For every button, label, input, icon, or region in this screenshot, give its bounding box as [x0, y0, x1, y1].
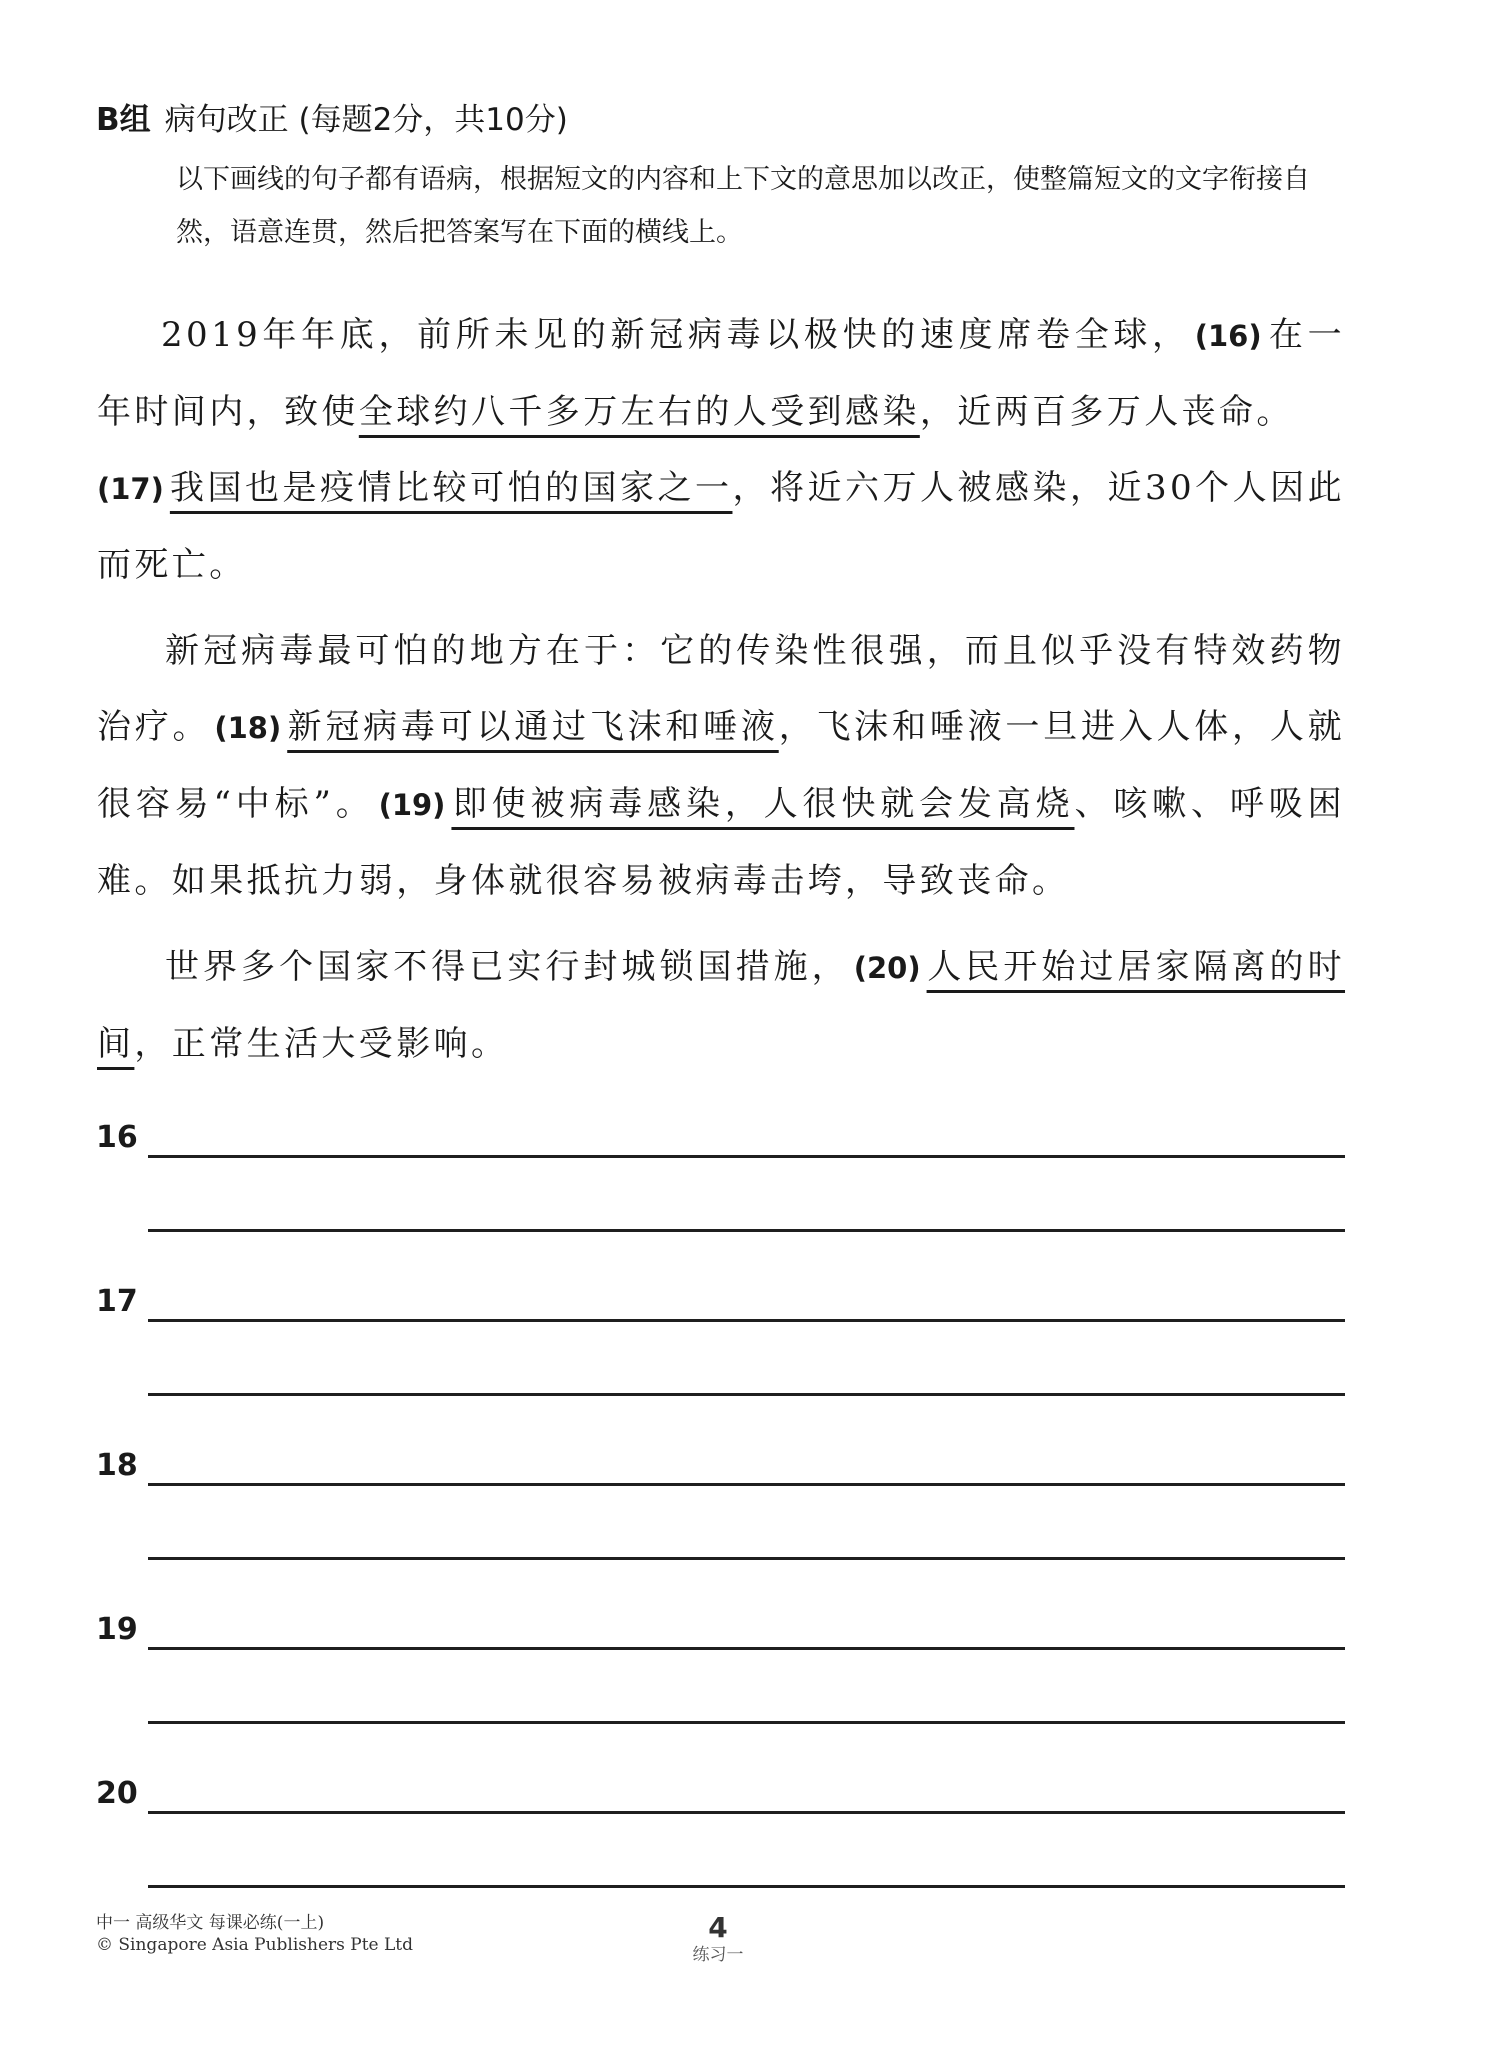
question-marker-20: (20) [854, 951, 921, 985]
passage-text: ，正常生活大受影响。 [134, 1024, 508, 1064]
section-title: 病句改正 (每题2分，共10分) [165, 102, 568, 138]
answer-line[interactable] [148, 1319, 1345, 1322]
footer-page: 4 练习一 [690, 1912, 746, 1966]
passage-text: 2019年年底，前所未见的新冠病毒以极快的速度席卷全球， [161, 315, 1191, 355]
answer-number: 18 [96, 1450, 138, 1482]
passage: 2019年年底，前所未见的新冠病毒以极快的速度席卷全球，(16)在一年时间内，致… [97, 297, 1345, 1092]
answer-number: 17 [96, 1286, 138, 1318]
question-marker-18: (18) [214, 711, 281, 745]
answer-line[interactable] [148, 1885, 1345, 1888]
underlined-sentence-17: 我国也是疫情比较可怕的国家之一 [170, 468, 733, 508]
answer-line[interactable] [148, 1721, 1345, 1724]
answer-line[interactable] [148, 1483, 1345, 1486]
paragraph-2: 新冠病毒最可怕的地方在于：它的传染性很强，而且似乎没有特效药物治疗。(18)新冠… [97, 613, 1345, 919]
section-group-label: B组 [96, 102, 151, 138]
answer-line[interactable] [148, 1393, 1345, 1396]
passage-text: ，近两百多万人丧命。 [920, 392, 1294, 432]
answer-line[interactable] [148, 1229, 1345, 1232]
underlined-sentence-18: 新冠病毒可以通过飞沫和唾液 [287, 707, 779, 747]
footer-book-info: 中一 高级华文 每课必练(一上) © Singapore Asia Publis… [96, 1912, 413, 1956]
underlined-sentence-16: 全球约八千多万左右的人受到感染 [359, 392, 920, 432]
passage-text: 世界多个国家不得已实行封城锁国措施， [165, 947, 850, 987]
answer-line[interactable] [148, 1155, 1345, 1158]
answer-number: 20 [96, 1778, 138, 1810]
underlined-sentence-19: 即使被病毒感染，人很快就会发高烧 [451, 784, 1074, 824]
exercise-label: 练习一 [690, 1944, 746, 1966]
answer-line[interactable] [148, 1647, 1345, 1650]
question-marker-19: (19) [379, 788, 446, 822]
question-marker-17: (17) [97, 472, 164, 506]
paragraph-3: 世界多个国家不得已实行封城锁国措施，(20)人民开始过居家隔离的时间，正常生活大… [97, 929, 1345, 1082]
answer-number: 19 [96, 1614, 138, 1646]
copyright: © Singapore Asia Publishers Pte Ltd [96, 1934, 413, 1956]
section-heading: B组病句改正 (每题2分，共10分) [96, 100, 568, 140]
book-title: 中一 高级华文 每课必练(一上) [96, 1912, 413, 1934]
answer-line[interactable] [148, 1811, 1345, 1814]
answer-number: 16 [96, 1122, 138, 1154]
instructions: 以下画线的句子都有语病，根据短文的内容和上下文的意思加以改正，使整篇短文的文字衔… [176, 153, 1351, 259]
page-number: 4 [690, 1912, 746, 1944]
answer-line[interactable] [148, 1557, 1345, 1560]
paragraph-1: 2019年年底，前所未见的新冠病毒以极快的速度席卷全球，(16)在一年时间内，致… [97, 297, 1345, 603]
question-marker-16: (16) [1195, 319, 1262, 353]
